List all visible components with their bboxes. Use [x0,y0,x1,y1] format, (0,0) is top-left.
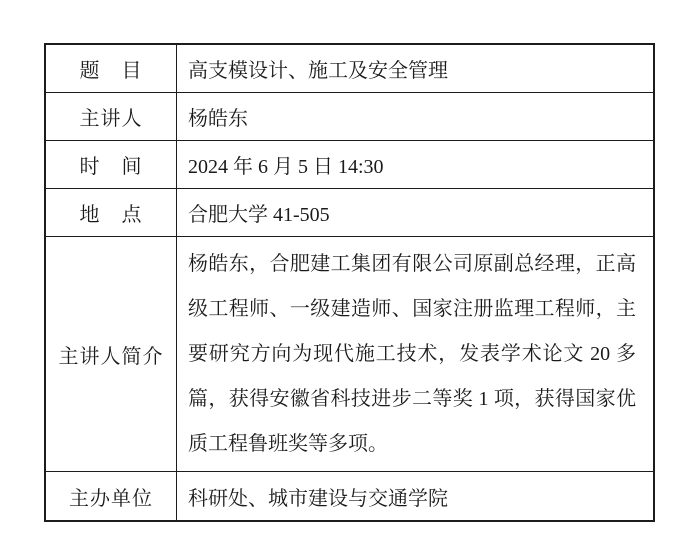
row-value-time: 2024 年 6 月 5 日 14:30 [177,141,655,189]
lecture-info-table: 题 目 高支模设计、施工及安全管理 主讲人 杨皓东 时 间 2024 年 6 月… [44,43,655,522]
row-value-speaker: 杨皓东 [177,93,655,141]
table-row-speaker: 主讲人 杨皓东 [45,93,654,141]
document-page: 题 目 高支模设计、施工及安全管理 主讲人 杨皓东 时 间 2024 年 6 月… [0,0,698,552]
table-row-organizer: 主办单位 科研处、城市建设与交通学院 [45,472,654,522]
row-value-organizer: 科研处、城市建设与交通学院 [177,472,655,522]
row-label-speaker: 主讲人 [45,93,177,141]
row-label-title: 题 目 [45,44,177,93]
table-row-time: 时 间 2024 年 6 月 5 日 14:30 [45,141,654,189]
table-row-speaker-bio: 主讲人简介 杨皓东，合肥建工集团有限公司原副总经理，正高级工程师、一级建造师、国… [45,237,654,472]
table-row-title: 题 目 高支模设计、施工及安全管理 [45,44,654,93]
row-value-location: 合肥大学 41-505 [177,189,655,237]
row-label-location: 地 点 [45,189,177,237]
table-row-location: 地 点 合肥大学 41-505 [45,189,654,237]
row-label-time: 时 间 [45,141,177,189]
row-label-speaker-bio: 主讲人简介 [45,237,177,472]
row-label-organizer: 主办单位 [45,472,177,522]
row-value-title: 高支模设计、施工及安全管理 [177,44,655,93]
row-value-speaker-bio: 杨皓东，合肥建工集团有限公司原副总经理，正高级工程师、一级建造师、国家注册监理工… [177,237,655,472]
speaker-bio-paragraph: 杨皓东，合肥建工集团有限公司原副总经理，正高级工程师、一级建造师、国家注册监理工… [188,242,636,467]
